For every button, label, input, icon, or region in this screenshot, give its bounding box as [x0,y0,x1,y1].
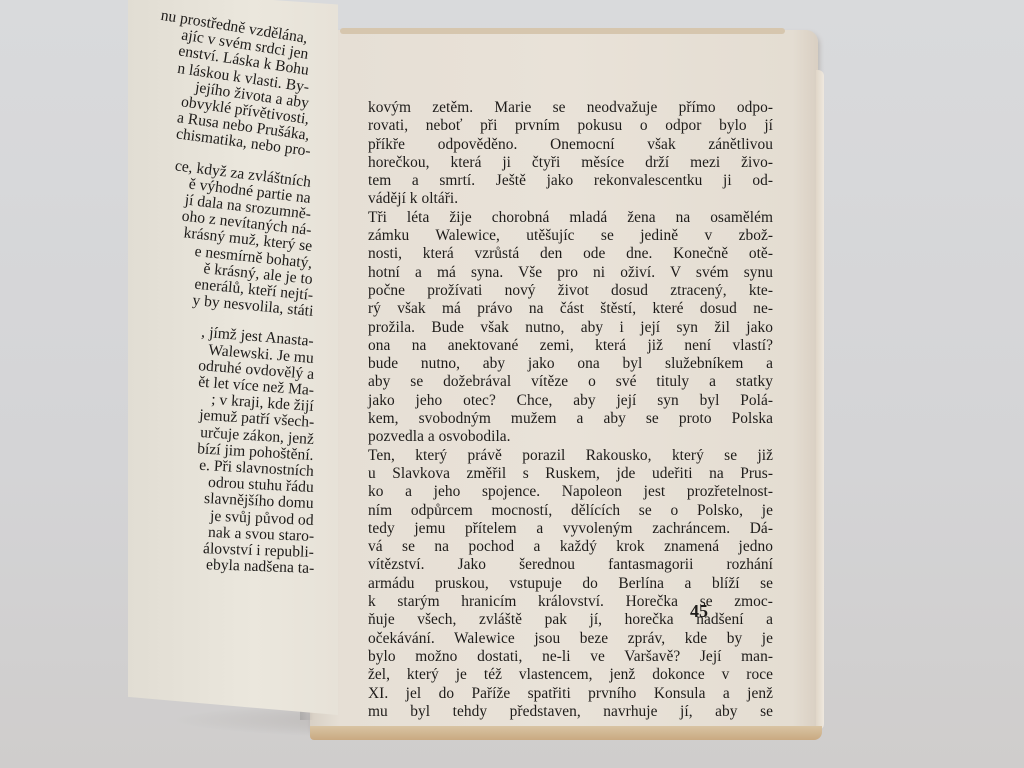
text-line: mu byl tehdy představen, navrhuje jí, ab… [368,703,773,721]
right-page-text: kovým zetěm. Marie se neodvažuje přímo o… [368,99,773,721]
text-line: ním odpůrcem mocností, dělících se o Pol… [368,502,773,520]
right-page-fore-edge [816,70,824,730]
text-line: aby se dožebrával vítěze o své tituly a … [368,373,773,391]
text-line: zámku Walewice, utěšujíc se jedině v zbo… [368,227,773,245]
text-line: armádu pruskou, vstupuje do Berlína a bl… [368,575,773,593]
text-line: nosti, která vzrůstá den ode dne. Konečn… [368,245,773,263]
text-line: Tři léta žije chorobná mladá žena na osa… [368,209,773,227]
text-line: ňuje všech, zvláště pak jí, horečka nadš… [368,611,773,629]
text-line: očekávání. Walewice jsou beze zpráv, kde… [368,630,773,648]
text-line: tedy jemu přítelem a vyvoleným zachránce… [368,520,773,538]
text-line: Ten, který právě porazil Rakousko, který… [368,447,773,465]
text-line: XI. jel do Paříže spatřiti prvního Konsu… [368,685,773,703]
right-page: kovým zetěm. Marie se neodvažuje přímo o… [310,30,818,730]
text-line: kovým zetěm. Marie se neodvažuje přímo o… [368,99,773,117]
text-line: pozvedla a osvobodila. [368,428,773,446]
text-line: bude nutno, aby jako ona byl služebníkem… [368,355,773,373]
text-line: počne prožívati nový život dosud ztracen… [368,282,773,300]
text-line: příkře odpověděno. Onemocní však zánětli… [368,136,773,154]
text-line: prožila. Bude však nutno, aby i její syn… [368,319,773,337]
text-line: vá se na pochod a každý krok znamená jed… [368,538,773,556]
text-line: rý však má právo na část štěstí, které d… [368,300,773,318]
text-line: k starým hranicím království. Horečka se… [368,593,773,611]
text-line: rovati, neboť při prvním pokusu o odpor … [368,117,773,135]
text-line: kem, svobodným mužem a aby se proto Pols… [368,410,773,428]
page-number: 45 [690,601,708,622]
right-page-bottom-edge [310,726,822,740]
text-line: ko a jeho spojence. Napoleon jest prozře… [368,483,773,501]
text-line: žel, který je též vlastencem, jenž dokon… [368,666,773,684]
text-line: jako jeho otec? Chce, aby její syn byl P… [368,392,773,410]
text-line: hotní a má syna. Vše pro ni oživí. V své… [368,264,773,282]
left-page-text: nu prostředně vzdělána,ajíc v svém srdci… [128,0,338,715]
text-line: horečkou, která ji čtyři měsíce drží mez… [368,154,773,172]
text-line: u Slavkova změřil s Ruskem, jde udeřiti … [368,465,773,483]
text-line: vítězství. Jako šerednou fantasmagorii r… [368,556,773,574]
text-line: tem a smrtí. Ještě jako rekonvalescentku… [368,172,773,190]
right-page-top-edge [340,28,785,34]
text-line: vádějí k oltáři. [368,190,773,208]
text-line: bylo možno dostati, ne-li ve Varšavě? Je… [368,648,773,666]
book-photo-scene: kovým zetěm. Marie se neodvažuje přímo o… [0,0,1024,768]
text-line: ebyla nadšena ta- [206,556,315,578]
text-line: ona na anektované zemi, která již není v… [368,337,773,355]
left-page: nu prostředně vzdělána,ajíc v svém srdci… [128,0,338,715]
